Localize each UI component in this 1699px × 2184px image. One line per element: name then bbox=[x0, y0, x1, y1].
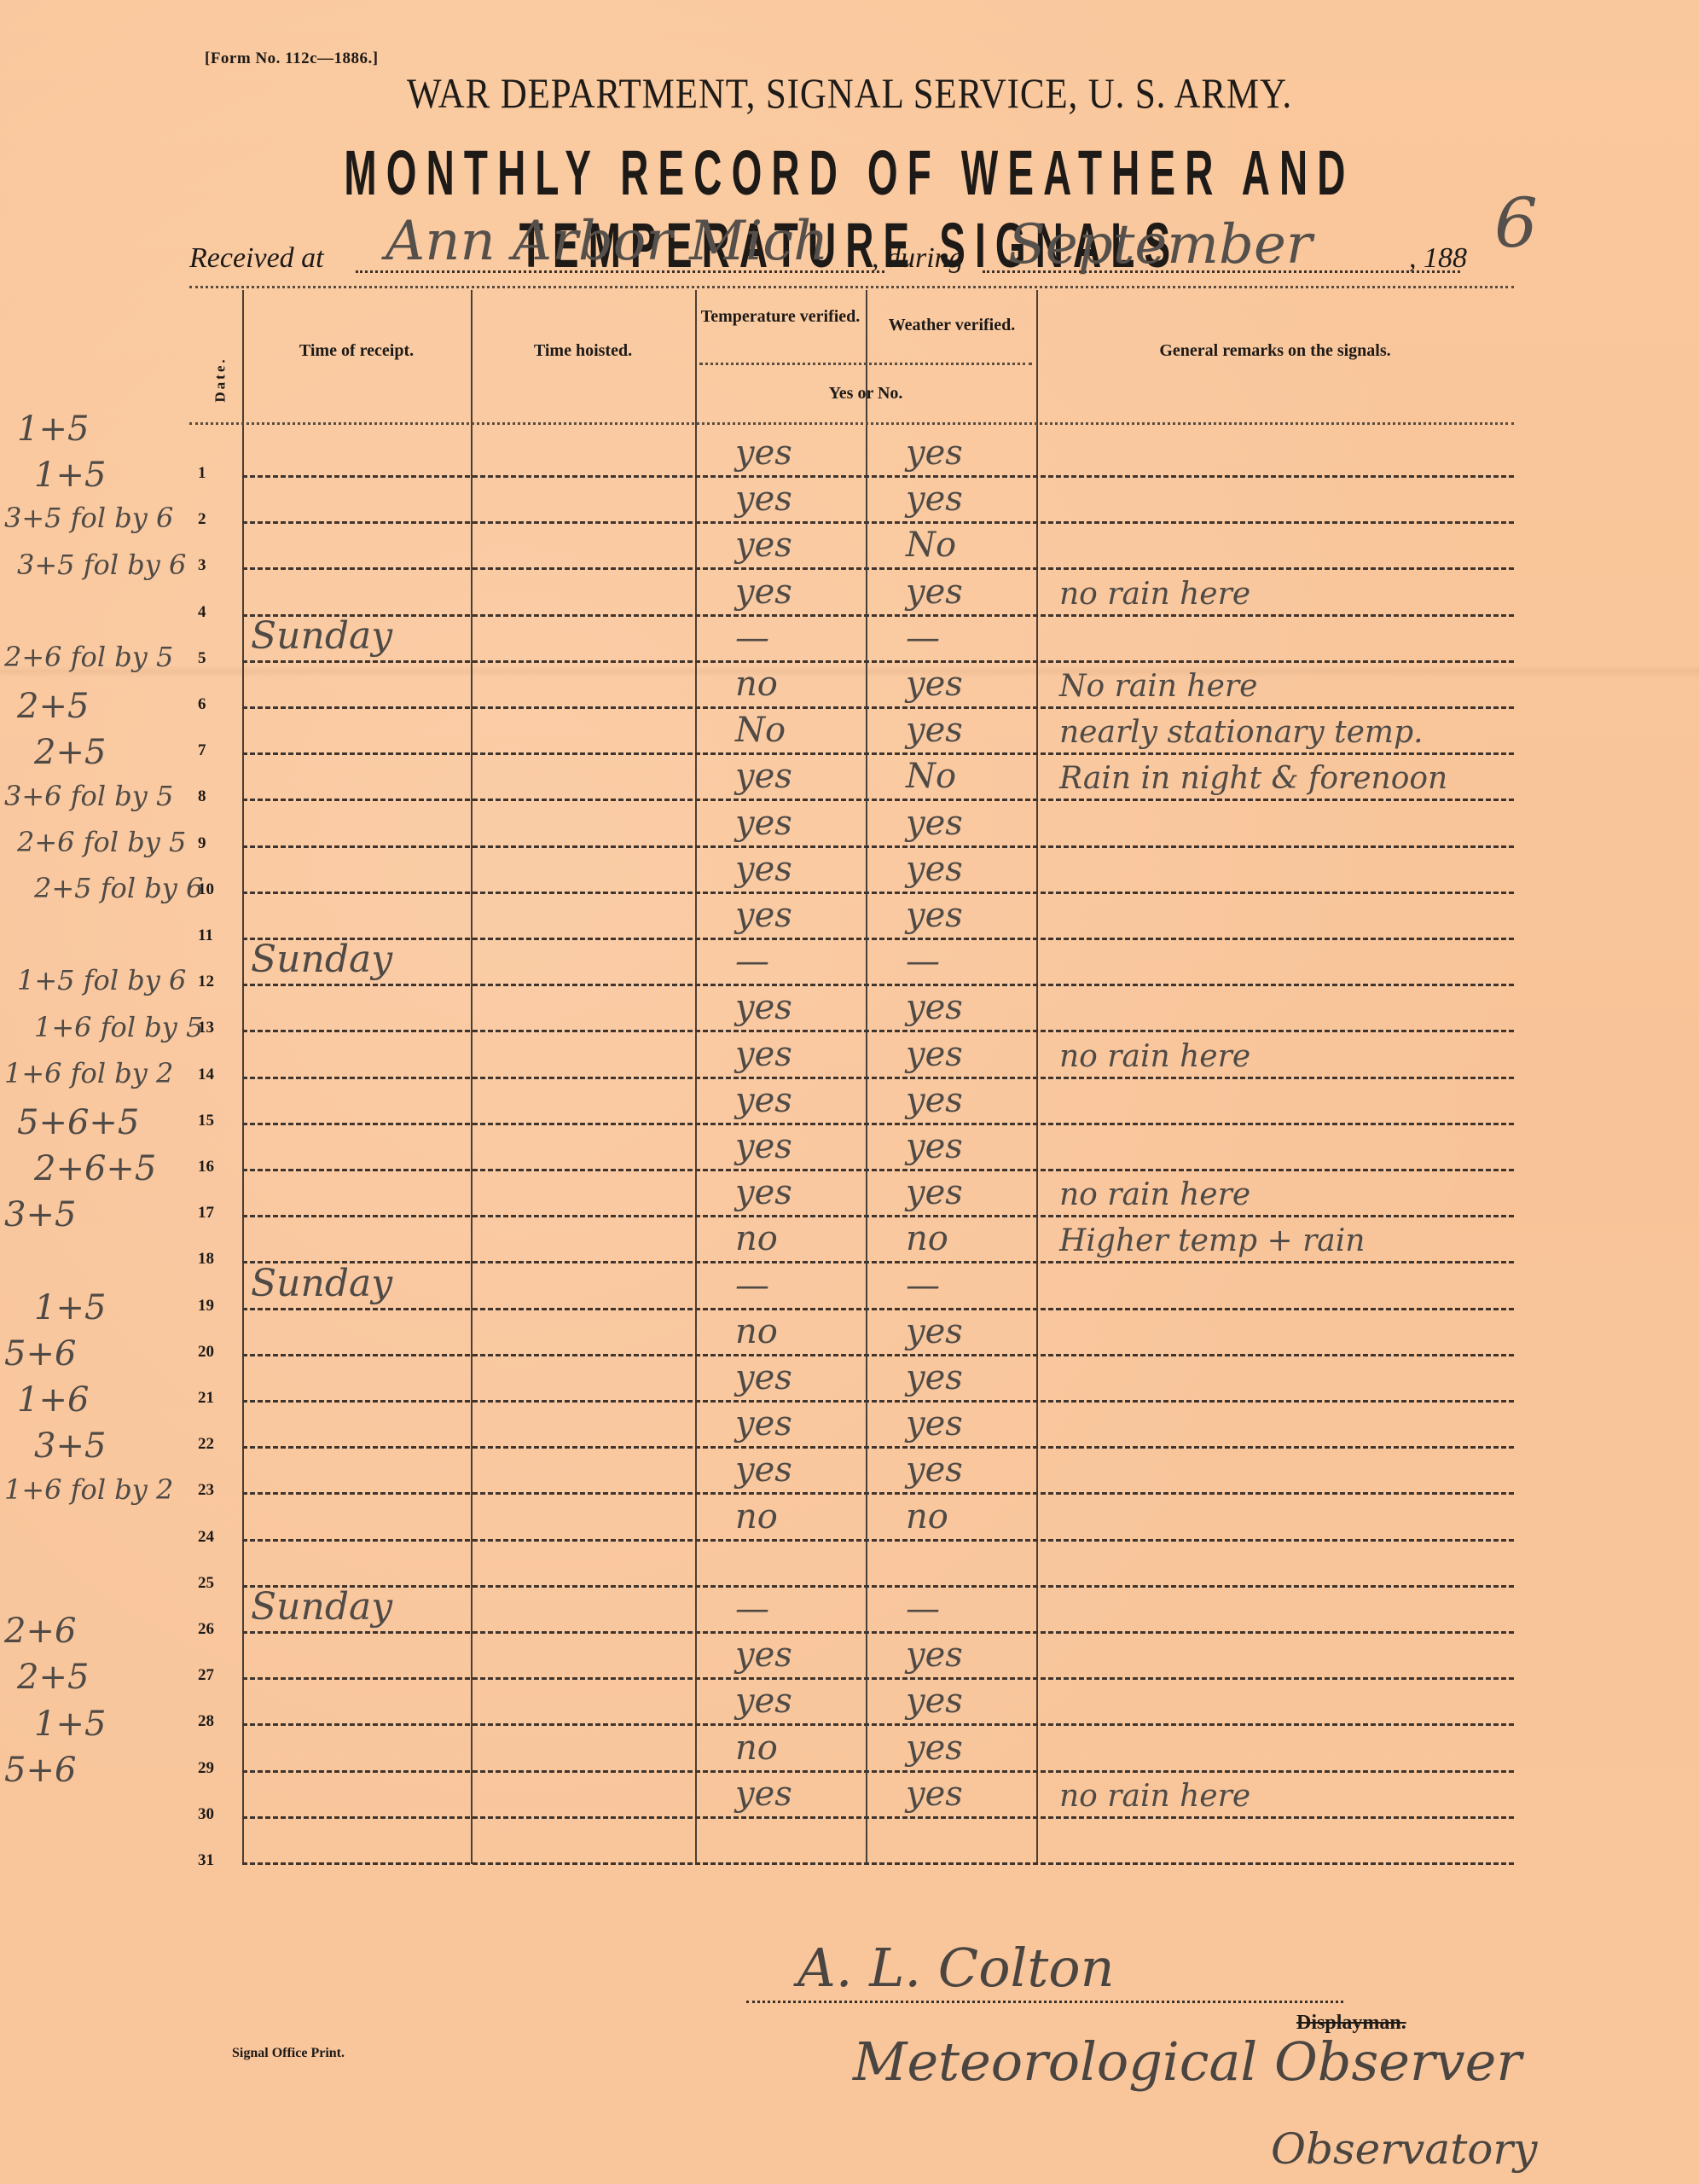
cell-temperature-verified[interactable]: yes bbox=[735, 1173, 792, 1212]
table-row: 25 bbox=[189, 1542, 1514, 1588]
cell-weather-verified[interactable]: yes bbox=[906, 1774, 963, 1814]
cell-temperature-verified[interactable]: yes bbox=[735, 1035, 792, 1074]
table-row: 1yesyes bbox=[189, 432, 1514, 478]
table-row: 13yesyes bbox=[189, 986, 1514, 1032]
margin-signal-note: 2+5 bbox=[17, 1658, 89, 1697]
cell-remarks[interactable]: no rain here bbox=[1059, 577, 1250, 612]
cell-temperature-verified[interactable]: yes bbox=[735, 988, 792, 1027]
table-row: 3yesNo bbox=[189, 524, 1514, 570]
cell-weather-verified[interactable]: no bbox=[906, 1497, 948, 1536]
handwritten-title-observatory: Observatory bbox=[1271, 2124, 1538, 2174]
cell-temperature-verified[interactable]: yes bbox=[735, 572, 792, 612]
cell-weather-verified[interactable]: yes bbox=[906, 1635, 963, 1675]
cell-temperature-verified[interactable]: yes bbox=[735, 1635, 792, 1675]
cell-weather-verified[interactable]: yes bbox=[906, 1035, 963, 1074]
cell-temperature-verified[interactable]: yes bbox=[735, 1404, 792, 1443]
table-row: 20noyes bbox=[189, 1310, 1514, 1356]
received-at-value[interactable]: Ann Arbor Mich bbox=[386, 210, 828, 273]
margin-signal-note: 2+5 bbox=[17, 687, 89, 726]
margin-signal-note: 2+6 fol by 5 bbox=[17, 826, 186, 858]
cell-remarks[interactable]: no rain here bbox=[1059, 1177, 1250, 1212]
margin-signal-note: 1+5 bbox=[34, 1705, 106, 1744]
margin-signal-note: 1+6 fol by 5 bbox=[34, 1011, 203, 1043]
margin-signal-note: 1+5 fol by 6 bbox=[17, 964, 186, 996]
margin-signal-note: 2+6 bbox=[4, 1612, 76, 1651]
cell-temperature-verified[interactable]: — bbox=[735, 1589, 769, 1629]
header-subdivider bbox=[699, 363, 1032, 365]
margin-signal-note: 2+6+5 bbox=[34, 1149, 156, 1188]
cell-weather-verified[interactable]: yes bbox=[906, 1127, 963, 1166]
cell-time-of-receipt[interactable]: Sunday bbox=[251, 614, 392, 658]
cell-weather-verified[interactable]: yes bbox=[906, 711, 963, 750]
table-row: 18nonoHigher temp + rain bbox=[189, 1217, 1514, 1263]
cell-weather-verified[interactable]: — bbox=[906, 942, 940, 981]
margin-signal-note: 1+6 fol by 2 bbox=[4, 1057, 173, 1089]
table-row: 9yesyes bbox=[189, 802, 1514, 848]
cell-weather-verified[interactable]: — bbox=[906, 619, 940, 658]
table-row: 12Sunday—— bbox=[189, 940, 1514, 986]
cell-weather-verified[interactable]: yes bbox=[906, 1312, 963, 1351]
cell-weather-verified[interactable]: yes bbox=[906, 1682, 963, 1721]
cell-remarks[interactable]: Higher temp + rain bbox=[1059, 1223, 1365, 1258]
cell-temperature-verified[interactable]: yes bbox=[735, 1682, 792, 1721]
cell-weather-verified[interactable]: yes bbox=[906, 479, 963, 519]
table-row: 14yesyesno rain here bbox=[189, 1033, 1514, 1079]
signals-table: Date. Time of receipt. Time hoisted. Tem… bbox=[189, 286, 1514, 1864]
header-time-hoisted: Time hoisted. bbox=[471, 341, 695, 361]
cell-weather-verified[interactable]: yes bbox=[906, 665, 963, 704]
cell-remarks[interactable]: no rain here bbox=[1059, 1779, 1250, 1814]
table-row: 10yesyes bbox=[189, 848, 1514, 894]
year-prefix: , 188 bbox=[1409, 242, 1467, 275]
table-row: 23yesyes bbox=[189, 1449, 1514, 1495]
margin-signal-note: 5+6+5 bbox=[17, 1103, 139, 1142]
table-row: 31 bbox=[189, 1819, 1514, 1865]
table-row: 27yesyes bbox=[189, 1634, 1514, 1680]
cell-temperature-verified[interactable]: — bbox=[735, 1266, 769, 1305]
cell-temperature-verified[interactable]: yes bbox=[735, 1081, 792, 1120]
cell-temperature-verified[interactable]: yes bbox=[735, 479, 792, 519]
margin-signal-note: 1+6 fol by 2 bbox=[4, 1473, 173, 1506]
table-row: 16yesyes bbox=[189, 1125, 1514, 1171]
cell-temperature-verified[interactable]: yes bbox=[735, 1358, 792, 1397]
cell-remarks[interactable]: nearly stationary temp. bbox=[1059, 715, 1424, 750]
table-top-rule bbox=[189, 286, 1514, 288]
cell-weather-verified[interactable]: — bbox=[906, 1589, 940, 1629]
header-bottom-rule bbox=[189, 422, 1514, 425]
header-weather-verified: Weather verified. bbox=[867, 316, 1036, 335]
row-rule bbox=[242, 1862, 1514, 1865]
signal-office-print: Signal Office Print. bbox=[232, 2046, 345, 2061]
margin-signal-note: 1+5 bbox=[34, 1288, 106, 1327]
cell-remarks[interactable]: Rain in night & forenoon bbox=[1059, 761, 1447, 796]
cell-remarks[interactable]: No rain here bbox=[1059, 669, 1257, 704]
table-row: 5Sunday—— bbox=[189, 617, 1514, 663]
table-row: 7Noyesnearly stationary temp. bbox=[189, 709, 1514, 755]
table-row: 26Sunday—— bbox=[189, 1588, 1514, 1634]
row-date: 31 bbox=[198, 1851, 214, 1870]
margin-signal-note: 3+5 bbox=[4, 1195, 76, 1234]
cell-weather-verified[interactable]: yes bbox=[906, 988, 963, 1027]
header-time-of-receipt: Time of receipt. bbox=[242, 341, 471, 361]
year-suffix[interactable]: 6 bbox=[1494, 183, 1538, 263]
margin-signal-note: 1+6 bbox=[17, 1380, 89, 1420]
cell-weather-verified[interactable]: No bbox=[906, 757, 956, 796]
handwritten-title-observer: Meteorological Observer bbox=[853, 2030, 1522, 2093]
table-row: 21yesyes bbox=[189, 1356, 1514, 1403]
cell-weather-verified[interactable]: yes bbox=[906, 1450, 963, 1490]
signature-line bbox=[746, 2001, 1343, 2003]
during-label: , during bbox=[872, 242, 964, 275]
table-row: 28yesyes bbox=[189, 1680, 1514, 1726]
cell-temperature-verified[interactable]: yes bbox=[735, 1774, 792, 1814]
cell-weather-verified[interactable]: yes bbox=[906, 1404, 963, 1443]
header-temperature-verified: Temperature verified. bbox=[699, 307, 861, 326]
cell-weather-verified[interactable]: yes bbox=[906, 572, 963, 612]
signature-name: A. L. Colton bbox=[797, 1937, 1115, 1999]
cell-weather-verified[interactable]: no bbox=[906, 1219, 948, 1258]
cell-temperature-verified[interactable]: — bbox=[735, 942, 769, 981]
margin-signal-note: 3+6 fol by 5 bbox=[4, 780, 173, 812]
table-row: 24nono bbox=[189, 1496, 1514, 1542]
received-line: Received at Ann Arbor Mich , during Sept… bbox=[189, 229, 1520, 280]
margin-signal-note: 1+5 bbox=[17, 409, 89, 449]
cell-weather-verified[interactable]: yes bbox=[906, 433, 963, 473]
cell-temperature-verified[interactable]: yes bbox=[735, 1127, 792, 1166]
margin-signal-note: 3+5 fol by 6 bbox=[17, 549, 186, 581]
cell-weather-verified[interactable]: yes bbox=[906, 896, 963, 935]
cell-temperature-verified[interactable]: No bbox=[735, 711, 786, 750]
table-row: 15yesyes bbox=[189, 1079, 1514, 1125]
cell-temperature-verified[interactable]: no bbox=[735, 1728, 778, 1768]
cell-time-of-receipt[interactable]: Sunday bbox=[251, 938, 392, 981]
cell-temperature-verified[interactable]: no bbox=[735, 1219, 778, 1258]
cell-temperature-verified[interactable]: yes bbox=[735, 850, 792, 889]
cell-weather-verified[interactable]: — bbox=[906, 1266, 940, 1305]
table-row: 11yesyes bbox=[189, 894, 1514, 940]
cell-weather-verified[interactable]: yes bbox=[906, 1081, 963, 1120]
cell-temperature-verified[interactable]: yes bbox=[735, 526, 792, 565]
cell-weather-verified[interactable]: yes bbox=[906, 850, 963, 889]
cell-time-of-receipt[interactable]: Sunday bbox=[251, 1262, 392, 1305]
header-date: Date. bbox=[212, 357, 229, 402]
margin-signal-note: 5+6 bbox=[4, 1751, 76, 1790]
cell-weather-verified[interactable]: yes bbox=[906, 1358, 963, 1397]
cell-temperature-verified[interactable]: yes bbox=[735, 804, 792, 843]
during-value[interactable]: September bbox=[1008, 213, 1312, 276]
cell-weather-verified[interactable]: No bbox=[906, 526, 956, 565]
margin-signal-note: 2+5 fol by 6 bbox=[34, 872, 203, 904]
cell-weather-verified[interactable]: yes bbox=[906, 804, 963, 843]
margin-signal-note: 2+5 bbox=[34, 733, 106, 772]
margin-signal-note: 5+6 bbox=[4, 1334, 76, 1374]
table-row: 17yesyesno rain here bbox=[189, 1171, 1514, 1217]
table-row: 8yesNoRain in night & forenoon bbox=[189, 755, 1514, 801]
cell-temperature-verified[interactable]: yes bbox=[735, 896, 792, 935]
margin-signal-note: 1+5 bbox=[34, 456, 106, 495]
cell-weather-verified[interactable]: yes bbox=[906, 1728, 963, 1768]
department-heading: WAR DEPARTMENT, SIGNAL SERVICE, U. S. AR… bbox=[119, 68, 1580, 118]
received-at-label: Received at bbox=[189, 242, 324, 275]
cell-temperature-verified[interactable]: no bbox=[735, 665, 778, 704]
cell-temperature-verified[interactable]: yes bbox=[735, 433, 792, 473]
cell-temperature-verified[interactable]: yes bbox=[735, 1450, 792, 1490]
cell-remarks[interactable]: no rain here bbox=[1059, 1039, 1250, 1074]
table-row: 6noyesNo rain here bbox=[189, 663, 1514, 709]
cell-time-of-receipt[interactable]: Sunday bbox=[251, 1585, 392, 1629]
table-row: 30yesyesno rain here bbox=[189, 1773, 1514, 1819]
cell-weather-verified[interactable]: yes bbox=[906, 1173, 963, 1212]
margin-signal-note: 3+5 fol by 6 bbox=[4, 502, 173, 534]
cell-temperature-verified[interactable]: no bbox=[735, 1312, 778, 1351]
margin-signal-note: 3+5 bbox=[34, 1426, 106, 1466]
table-row: 29noyes bbox=[189, 1727, 1514, 1773]
cell-temperature-verified[interactable]: — bbox=[735, 619, 769, 658]
cell-temperature-verified[interactable]: no bbox=[735, 1497, 778, 1536]
cell-temperature-verified[interactable]: yes bbox=[735, 757, 792, 796]
form-number: [Form No. 112c—1886.] bbox=[205, 49, 379, 68]
header-remarks: General remarks on the signals. bbox=[1036, 341, 1514, 361]
table-row: 22yesyes bbox=[189, 1403, 1514, 1449]
table-row: 4yesyesno rain here bbox=[189, 571, 1514, 617]
table-row: 2yesyes bbox=[189, 478, 1514, 524]
table-row: 19Sunday—— bbox=[189, 1264, 1514, 1310]
header-yes-or-no: Yes or No. bbox=[695, 384, 1036, 404]
margin-signal-note: 2+6 fol by 5 bbox=[4, 641, 173, 673]
